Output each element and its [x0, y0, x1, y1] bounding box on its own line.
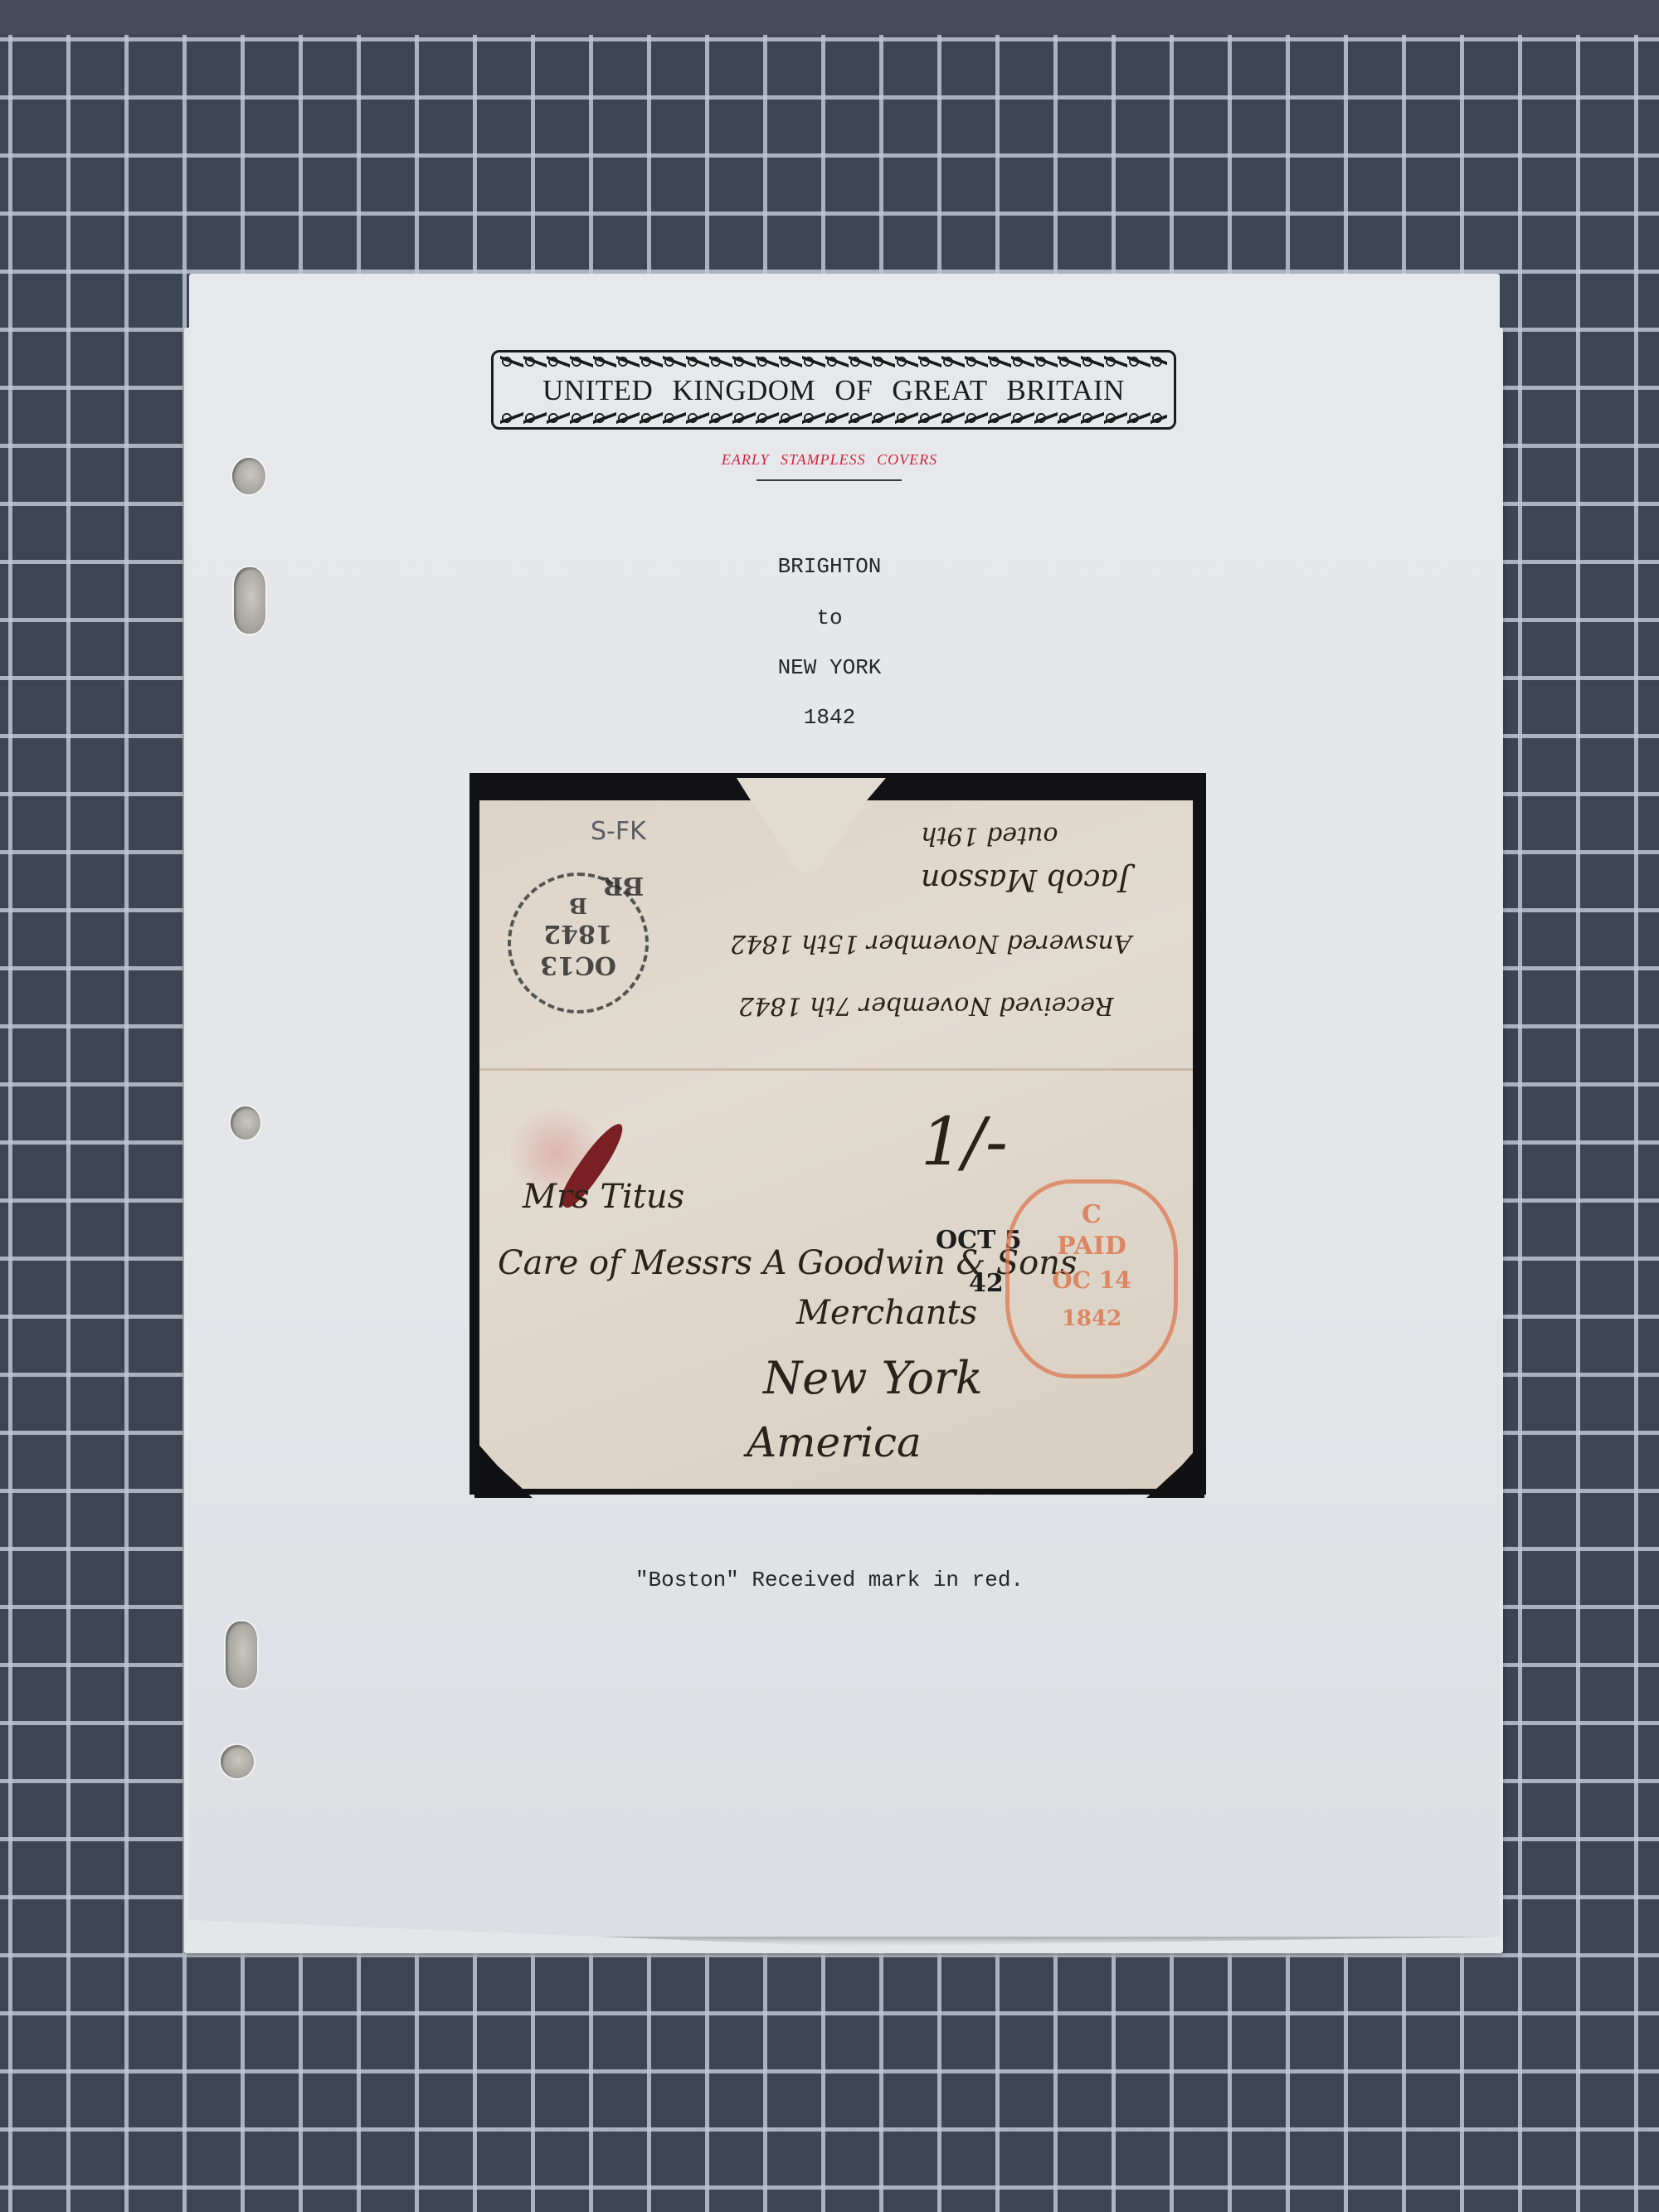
- address-line: America: [747, 1418, 922, 1466]
- docket-line: Jacob Masson: [921, 863, 1130, 897]
- cover-fold-line: [479, 1068, 1193, 1071]
- docket-line: Answered November 15th 1842: [730, 929, 1131, 958]
- punch-hole: [231, 1106, 260, 1140]
- route-year: 1842: [0, 705, 1659, 730]
- subtitle-underline: [757, 479, 902, 481]
- front-datestamp-year: 42: [969, 1269, 1004, 1298]
- cutting-mat-top-edge: [0, 0, 1659, 35]
- section-subtitle: EARLY STAMPLESS COVERS: [0, 451, 1659, 469]
- route-destination: NEW YORK: [0, 655, 1659, 680]
- docket-line: Received November 7th 1842: [738, 991, 1114, 1020]
- address-line: Mrs Titus: [523, 1178, 684, 1216]
- red-paid-octagonal-mark: C PAID OC 14 1842: [1005, 1179, 1178, 1378]
- brighton-circular-datestamp: B 1842 OC13 BR: [508, 873, 649, 1014]
- route-connector: to: [0, 605, 1659, 630]
- page-title: UNITED KINGDOM OF GREAT BRITAIN: [494, 374, 1174, 407]
- manuscript-rate-mark: 1/-: [921, 1103, 1008, 1180]
- punch-hole: [221, 1745, 254, 1778]
- cover-caption: "Boston" Received mark in red.: [0, 1568, 1659, 1592]
- punch-hole-double: [226, 1621, 257, 1688]
- address-line: New York: [763, 1352, 983, 1404]
- route-origin: BRIGHTON: [0, 554, 1659, 579]
- pencil-annotation: S-FK: [591, 817, 646, 846]
- docket-line: outed 19th: [921, 821, 1058, 850]
- ornamental-title-banner: UNITED KINGDOM OF GREAT BRITAIN: [491, 350, 1176, 430]
- address-line: Merchants: [796, 1294, 977, 1332]
